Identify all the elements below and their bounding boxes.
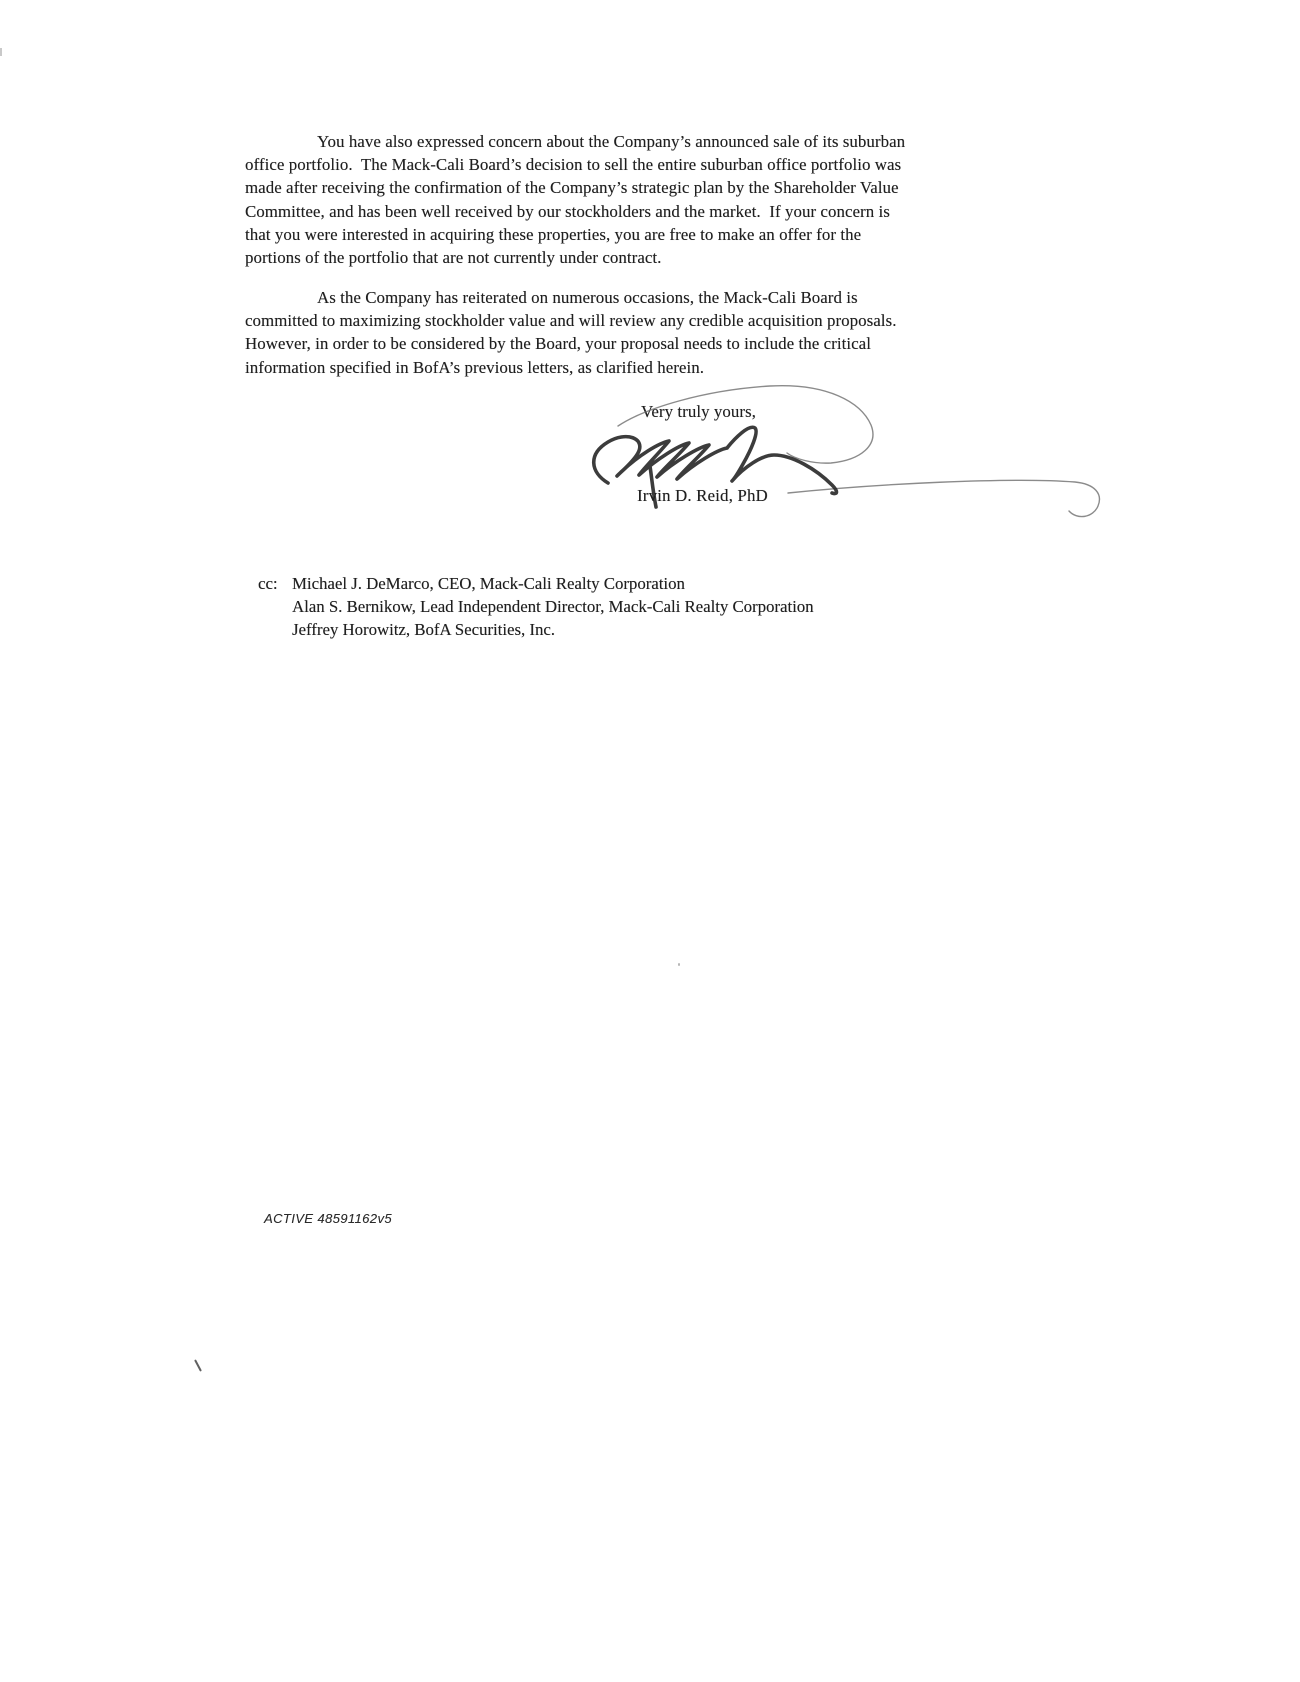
- paragraph-line: portions of the portfolio that are not c…: [245, 246, 905, 269]
- cc-entry: Jeffrey Horowitz, BofA Securities, Inc.: [292, 618, 814, 641]
- document-control-number: ACTIVE 48591162v5: [264, 1211, 392, 1226]
- closing-salutation: Very truly yours,: [641, 402, 756, 422]
- scan-artifact-speck: [678, 963, 680, 966]
- paragraph-line: As the Company has reiterated on numerou…: [245, 286, 897, 309]
- signer-name: Irvin D. Reid, PhD: [637, 486, 768, 506]
- scan-artifact-edge-smudge: [0, 48, 2, 56]
- paragraph-line: committed to maximizing stockholder valu…: [245, 309, 897, 332]
- paragraph-line: However, in order to be considered by th…: [245, 332, 897, 355]
- paragraph-line: made after receiving the confirmation of…: [245, 176, 905, 199]
- cc-entries: Michael J. DeMarco, CEO, Mack-Cali Realt…: [292, 572, 814, 642]
- signature-sweep-stroke: [618, 386, 873, 463]
- cc-label: cc:: [258, 572, 292, 642]
- cc-entry: Michael J. DeMarco, CEO, Mack-Cali Realt…: [292, 572, 814, 595]
- paragraph-line: office portfolio. The Mack-Cali Board’s …: [245, 153, 905, 176]
- body-paragraph-1: You have also expressed concern about th…: [245, 130, 905, 269]
- paragraph-line: Committee, and has been well received by…: [245, 200, 905, 223]
- paragraph-line: You have also expressed concern about th…: [245, 130, 905, 153]
- body-paragraph-2: As the Company has reiterated on numerou…: [245, 286, 897, 379]
- cc-entry: Alan S. Bernikow, Lead Independent Direc…: [292, 595, 814, 618]
- signature-tail-stroke: [788, 480, 1099, 516]
- scan-artifact-stray-pen-mark: [194, 1359, 202, 1371]
- letter-page: You have also expressed concern about th…: [0, 0, 1300, 1682]
- paragraph-line: that you were interested in acquiring th…: [245, 223, 905, 246]
- paragraph-line: information specified in BofA’s previous…: [245, 356, 897, 379]
- cc-block: cc: Michael J. DeMarco, CEO, Mack-Cali R…: [258, 572, 814, 642]
- handwritten-signature-icon: [555, 360, 1205, 535]
